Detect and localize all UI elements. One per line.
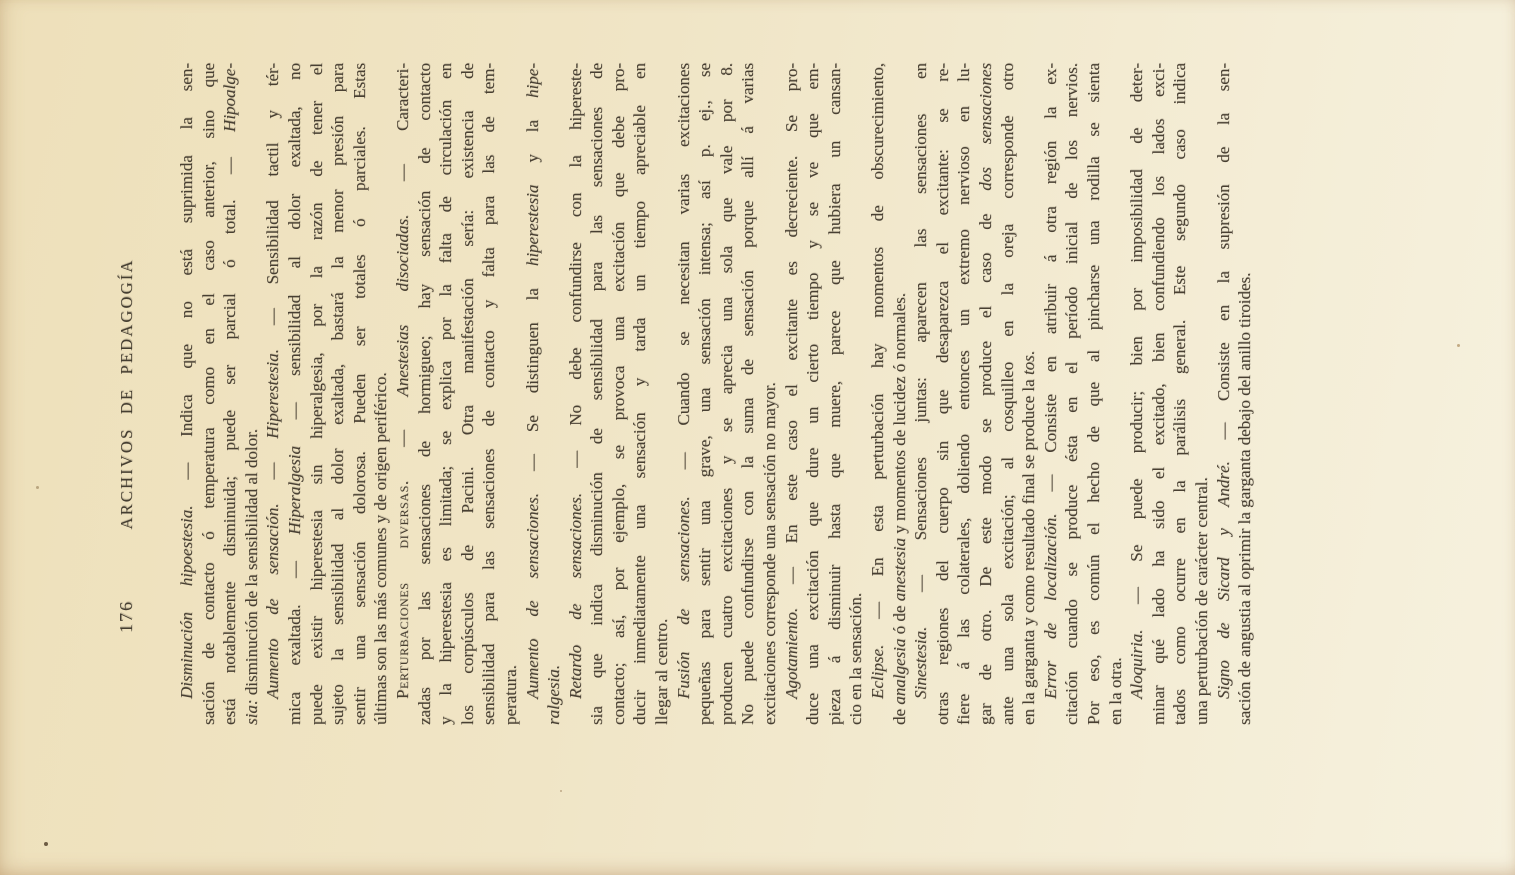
text-line: pequeñas para sentir una grave, una sens… [694, 63, 716, 725]
text-line: ralgesia. [543, 63, 565, 725]
text-line: últimas son las más comunes y de origen … [370, 63, 392, 725]
text-line: Perturbaciones diversas. — Anestesias di… [392, 63, 414, 725]
text-line: está notablemente disminuida; puede ser … [219, 63, 241, 725]
text-line: pieza á disminuir hasta que muere, parec… [824, 63, 846, 725]
text-line: sujeto la sensibilidad al dolor exaltada… [327, 63, 349, 725]
text-line: Signo de Sicard y André. — Consiste en l… [1213, 63, 1235, 725]
text-line: puede existir hiperestesia sin hiperalge… [306, 63, 328, 725]
text-line: en la garganta y como resultado final se… [1018, 63, 1040, 725]
text-line: de analgesia ó de anestesia y momentos d… [889, 63, 911, 725]
text-line: en la otra. [1105, 63, 1127, 725]
text-line: mica exaltada. — Hiperalgesia — sensibil… [284, 63, 306, 725]
text-line: No puede confundirse con la suma de sens… [737, 63, 759, 725]
text-line: Error de localización. — Consiste en atr… [1040, 63, 1062, 725]
text-line: Fusión de sensaciones. — Cuando se neces… [673, 63, 695, 725]
text-line: Sinestesia. — Sensaciones juntas: aparec… [910, 63, 932, 725]
text-line: sia: disminución de la sensibilidad al d… [241, 63, 263, 725]
text-line: ante una sola excitación; al cosquilleo … [997, 63, 1019, 725]
text-line: producen cuatro excitaciones y se apreci… [716, 63, 738, 725]
text-line: zadas por las sensaciones de hormigueo; … [414, 63, 436, 725]
text-line: citación cuando se produce ésta en el pe… [1061, 63, 1083, 725]
scanned-page: 176 ARCHIVOS DE PEDAGOGÍA Disminución hi… [0, 0, 1515, 875]
text-line: peratura. [500, 63, 522, 725]
text-line: Disminución hipoestesia. — Indica que no… [176, 63, 198, 725]
text-line: excitaciones corresponde una sensación n… [759, 63, 781, 725]
text-line: minar qué lado ha sido el excitado, bien… [1148, 63, 1170, 725]
text-line: los corpúsculos de Pacini. Otra manifest… [457, 63, 479, 725]
text-line: Agotamiento. — En este caso el excitante… [781, 63, 803, 725]
body-text: Disminución hipoestesia. — Indica que no… [176, 63, 1256, 725]
text-line: sación de angustia al oprimir la gargant… [1234, 63, 1256, 725]
text-line: sia que indica disminución de sensibilid… [586, 63, 608, 725]
text-line: ducir inmediatamente una sensación y tar… [629, 63, 651, 725]
text-line: Aumento de sensación. — Hiperestesia. — … [262, 63, 284, 725]
text-line: una perturbación de carácter central. [1191, 63, 1213, 725]
text-line: Aloquiria. — Se puede producir; bien por… [1126, 63, 1148, 725]
text-line: Aumento de sensaciones. — Se distinguen … [522, 63, 544, 725]
text-line: duce una excitación que dure un cierto t… [802, 63, 824, 725]
text-line: Eclipse. — En esta perturbación hay mome… [867, 63, 889, 725]
text-line: sentir una sensación dolorosa. Pueden se… [349, 63, 371, 725]
text-line: llegar al centro. [651, 63, 673, 725]
text-line: Retardo de sensaciones. — No debe confun… [565, 63, 587, 725]
journal-running-title: ARCHIVOS DE PEDAGOGÍA [117, 63, 137, 725]
text-line: sación de contacto ó temperatura como en… [198, 63, 220, 725]
text-line: gar de otro. De este modo se produce el … [975, 63, 997, 725]
text-line: fiere á las colaterales, doliendo entonc… [953, 63, 975, 725]
text-line: Por eso, es común el hecho de que al pin… [1083, 63, 1105, 725]
text-line: cio en la sensación. [845, 63, 867, 725]
text-line: y la hiperestesia es limitada; se explic… [435, 63, 457, 725]
text-line: otras regiones del cuerpo sin que desapa… [932, 63, 954, 725]
rotated-page-content: 176 ARCHIVOS DE PEDAGOGÍA Disminución hi… [0, 0, 1515, 875]
text-line: contacto; así, por ejemplo, se provoca u… [608, 63, 630, 725]
text-line: sensibilidad para las sensaciones de con… [478, 63, 500, 725]
text-line: tados como ocurre en la parálisis genera… [1169, 63, 1191, 725]
